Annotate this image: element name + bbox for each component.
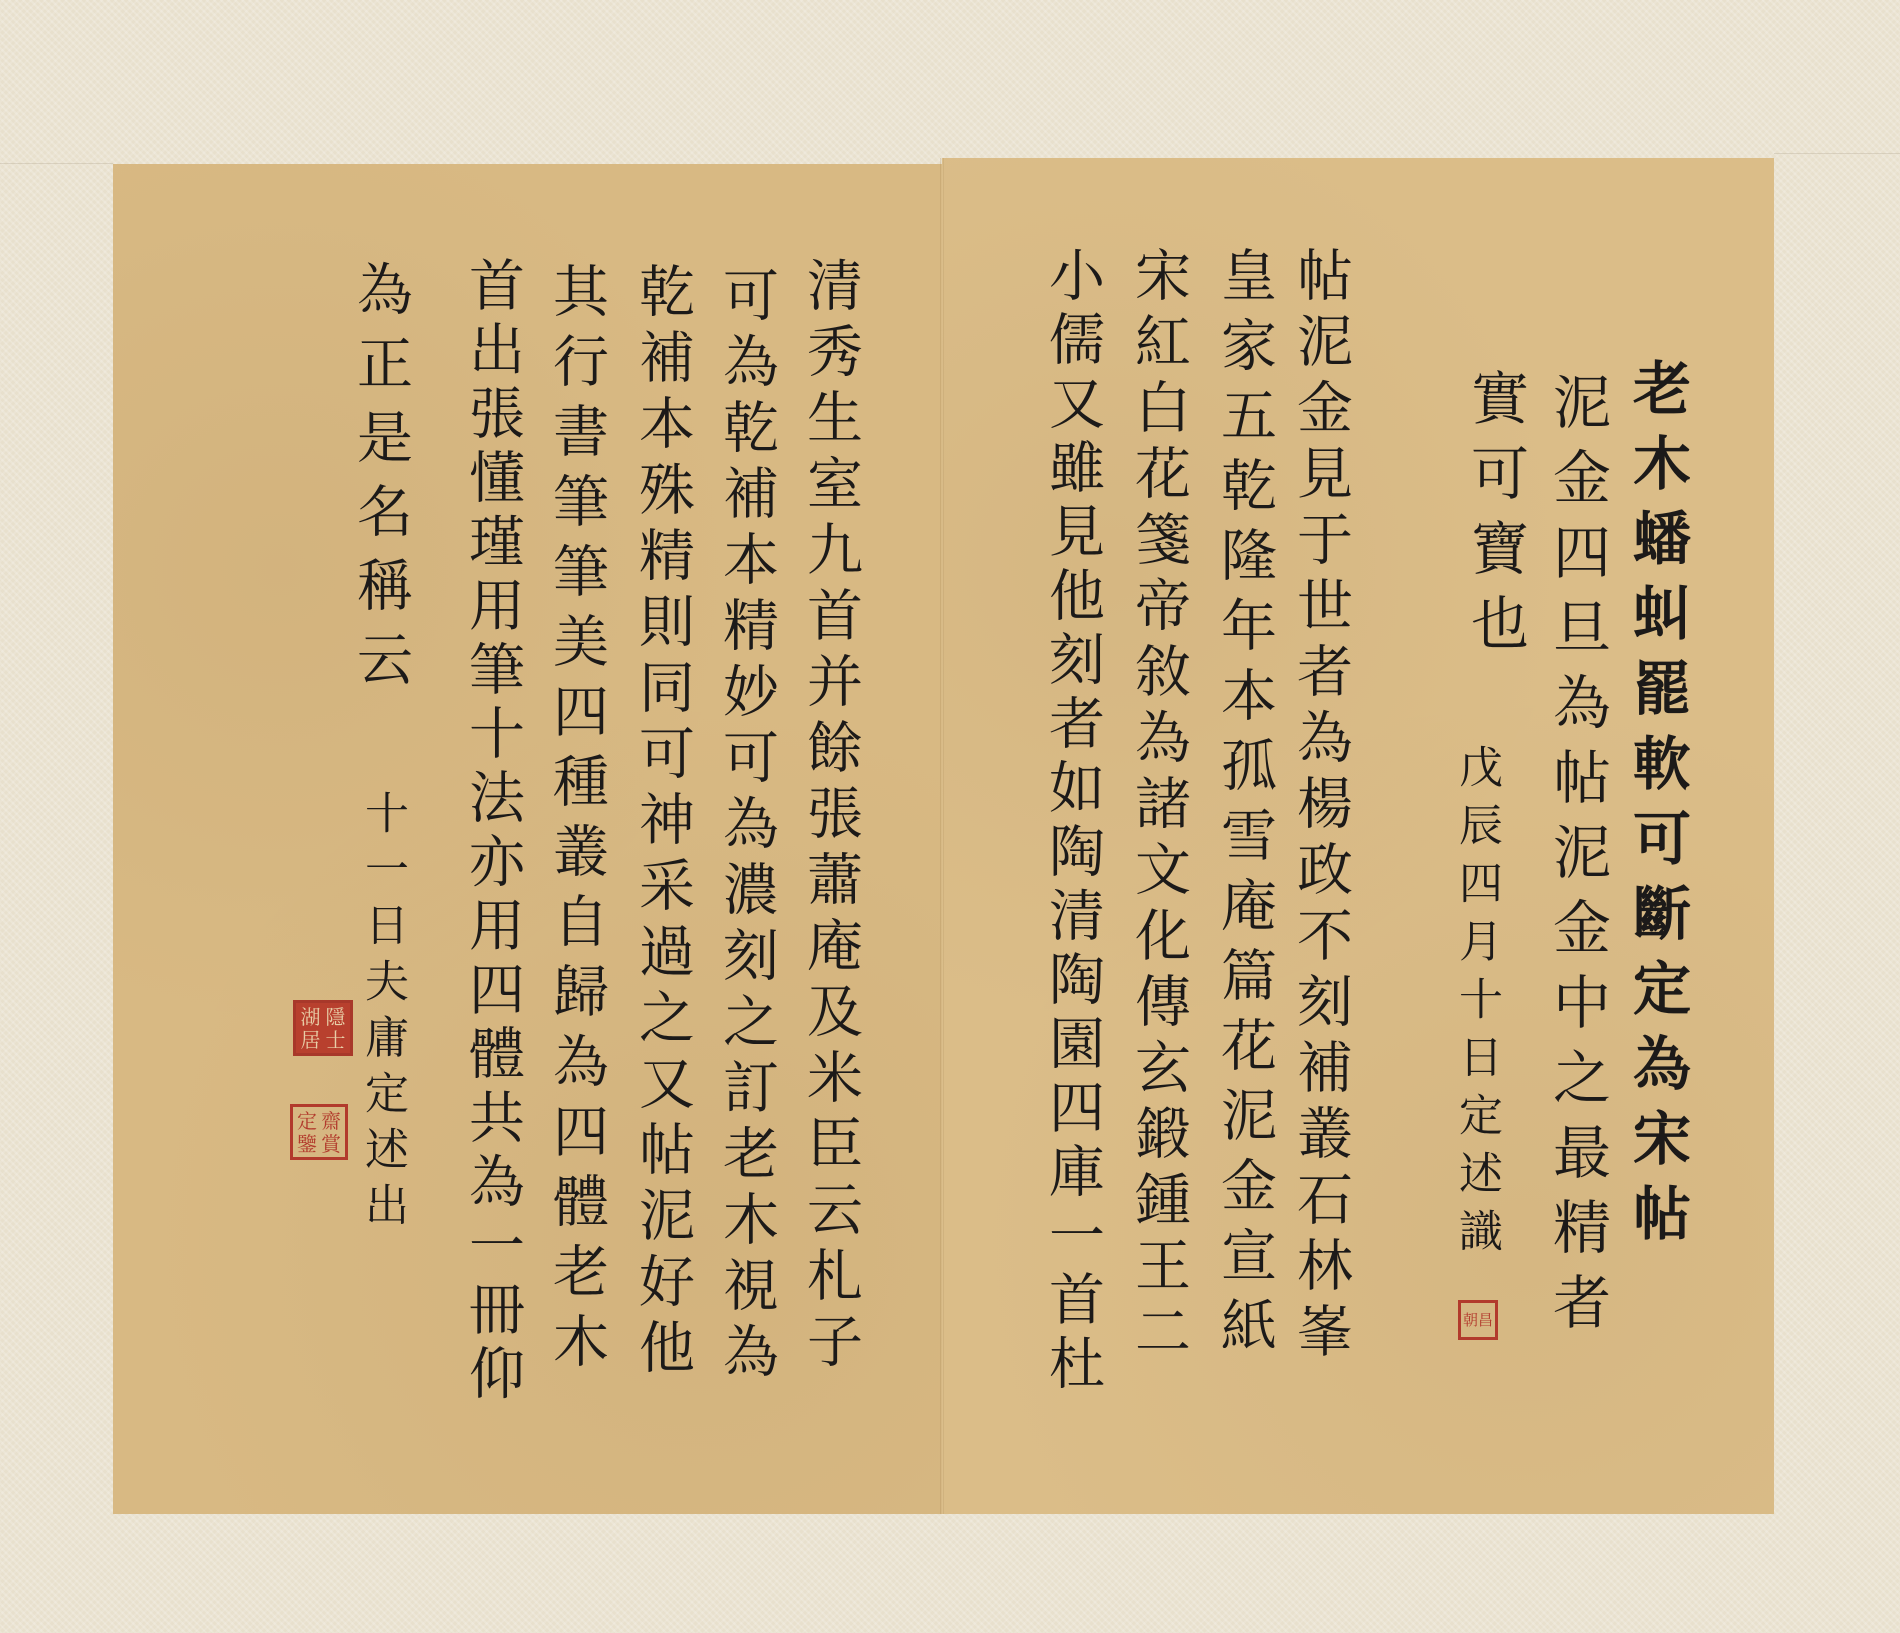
seal-char: 賞 <box>319 1134 343 1154</box>
date-column-r: 戊辰四月十日定述識 <box>1454 744 1498 1266</box>
text-column-l4: 其行書筆筆美四種叢自歸為四體老木 <box>548 262 604 1382</box>
seal-char: 昌 <box>1478 1313 1493 1328</box>
date-column-l: 十一日夫庸定述出 <box>360 790 404 1238</box>
text-column-r6: 宋紅白花箋帝敘為諸文化傳玄鍛鍾王二 <box>1130 246 1186 1368</box>
text-column-r2: 泥金四旦為帖泥金中之最精者 <box>1548 372 1606 1347</box>
text-column-l1: 清秀生室九首并餘張蕭庵及米臣云札子 <box>802 256 858 1378</box>
text-column-r3: 實可寶也 <box>1466 368 1524 668</box>
seal-left-lower: 定 齋 鑒 賞 <box>290 1104 348 1160</box>
text-column-l5: 首出張懂瑾用筆十法亦用四體共為一冊仰 <box>464 256 520 1408</box>
seal-right: 朝 昌 <box>1458 1300 1498 1340</box>
seal-char: 士 <box>323 1030 348 1050</box>
text-column-l6: 為正是名稱云 <box>352 260 408 704</box>
seal-char: 定 <box>295 1111 319 1131</box>
mount-seam-right <box>1774 153 1900 154</box>
seal-char: 湖 <box>298 1007 323 1027</box>
center-fold <box>940 158 944 1514</box>
text-column-r5: 皇家五乾隆年本孤雪庵篇花泥金宣紙 <box>1216 246 1272 1366</box>
text-column-l3: 乾補本殊精則同可神采過之又帖泥好他 <box>634 262 690 1384</box>
seal-char: 朝 <box>1463 1313 1478 1328</box>
seal-char: 居 <box>298 1030 323 1050</box>
mount-seam-top <box>0 163 113 164</box>
text-column-r1: 老木蟠虯罷軟可斷定為宋帖 <box>1628 358 1686 1258</box>
text-column-l2: 可為乾補本精妙可為濃刻之訂老木視為 <box>718 266 774 1388</box>
seal-char: 鑒 <box>295 1134 319 1154</box>
seal-char: 隱 <box>323 1007 348 1027</box>
seal-left-upper: 湖 隱 居 士 <box>293 1000 353 1056</box>
text-column-r4: 帖泥金見于世者為楊政不刻補叢石林峯 <box>1292 246 1348 1368</box>
seal-char: 齋 <box>319 1111 343 1131</box>
text-column-r7: 小儒又雖見他刻者如陶清陶園四庫一首杜 <box>1044 246 1100 1398</box>
